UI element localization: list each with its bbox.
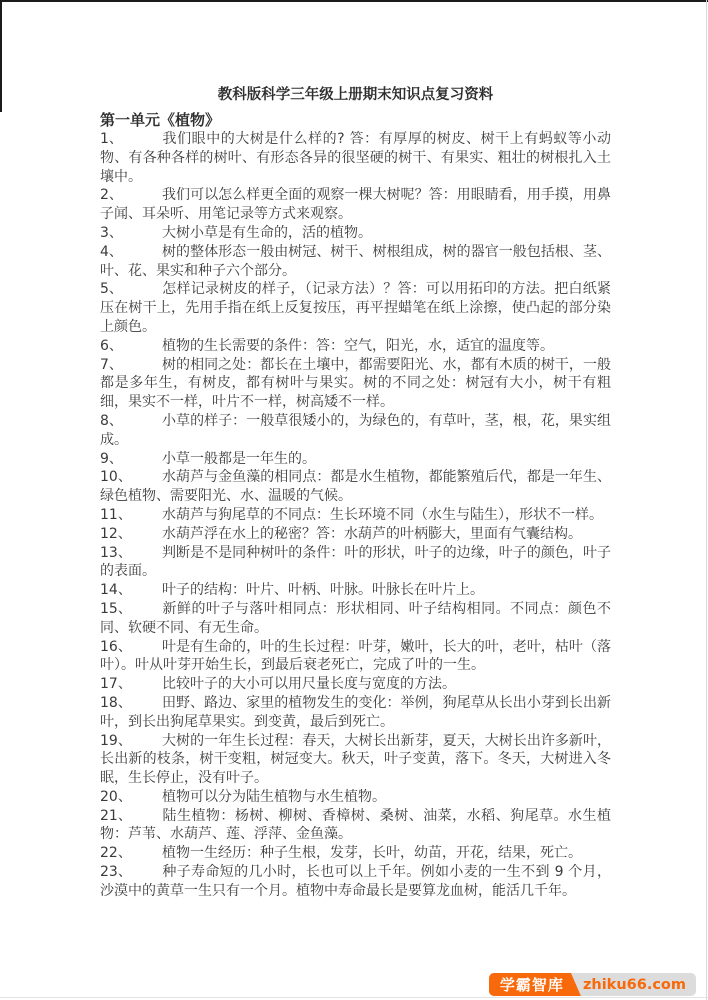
item-text: 小草的样子：一般草很矮小的，为绿色的，有草叶，茎，根，花，果实组成。 [100, 413, 611, 448]
item-number: 4、 [100, 243, 162, 262]
item-number: 7、 [100, 356, 162, 375]
item-number: 2、 [100, 186, 162, 205]
item-text: 田野、路边、家里的植物发生的变化：举例，狗尾草从长出小芽到长出新叶，到长出狗尾草… [100, 695, 611, 730]
list-item: 16、叶是有生命的，叶的生长过程：叶芽，嫩叶，长大的叶，老叶，枯叶（落叶）。叶从… [100, 638, 611, 676]
list-item: 11、水葫芦与狗尾草的不同点：生长环境不同（水生与陆生），形状不一样。 [100, 506, 611, 525]
page-title: 教科版科学三年级上册期末知识点复习资料 [100, 86, 611, 105]
item-text: 植物一生经历：种子生根，发芽，长叶，幼苗，开花，结果，死亡。 [162, 845, 582, 861]
page-left-edge [0, 0, 2, 112]
knowledge-point-list: 1、我们眼中的大树是什么样的? 答：有厚厚的树皮、树干上有蚂蚁等小动物、有各种各… [100, 130, 611, 901]
item-number: 17、 [100, 675, 162, 694]
list-item: 15、新鲜的叶子与落叶相同点：形状相同、叶子结构相同。不同点：颜色不同、软硬不同… [100, 600, 611, 638]
item-number: 3、 [100, 224, 162, 243]
page-right-edge [706, 0, 707, 1000]
list-item: 3、大树小草是有生命的，活的植物。 [100, 224, 611, 243]
list-item: 22、植物一生经历：种子生根，发芽，长叶，幼苗，开花，结果，死亡。 [100, 844, 611, 863]
item-number: 9、 [100, 450, 162, 469]
watermark-brand: 学霸智库 [489, 973, 581, 996]
item-number: 23、 [100, 863, 162, 882]
list-item: 10、水葫芦与金鱼藻的相同点：都是水生植物，都能繁殖后代，都是一年生、绿色植物、… [100, 468, 611, 506]
list-item: 6、植物的生长需要的条件：答：空气，阳光，水，适宜的温度等。 [100, 337, 611, 356]
item-number: 22、 [100, 844, 162, 863]
item-text: 种子寿命短的几小时，长也可以上千年。例如小麦的一生不到 9 个月，沙漠中的黄草一… [100, 864, 611, 899]
section-heading: 第一单元《植物》 [100, 111, 611, 130]
list-item: 1、我们眼中的大树是什么样的? 答：有厚厚的树皮、树干上有蚂蚁等小动物、有各种各… [100, 130, 611, 186]
item-number: 20、 [100, 788, 162, 807]
item-text: 植物的生长需要的条件：答：空气，阳光，水，适宜的温度等。 [162, 338, 554, 354]
list-item: 21、陆生植物：杨树、柳树、香樟树、桑树、油菜，水稻、狗尾草。水生植物：芦苇、水… [100, 807, 611, 845]
watermark-site: zhiku66.com [579, 973, 696, 996]
item-text: 大树小草是有生命的，活的植物。 [162, 225, 372, 241]
item-number: 12、 [100, 525, 162, 544]
document-content: 教科版科学三年级上册期末知识点复习资料 第一单元《植物》 1、我们眼中的大树是什… [100, 86, 611, 901]
list-item: 17、比较叶子的大小可以用尺量长度与宽度的方法。 [100, 675, 611, 694]
item-number: 15、 [100, 600, 162, 619]
item-text: 我们眼中的大树是什么样的? 答：有厚厚的树皮、树干上有蚂蚁等小动物、有各种各样的… [100, 131, 611, 185]
item-number: 16、 [100, 638, 162, 657]
list-item: 8、小草的样子：一般草很矮小的，为绿色的，有草叶，茎，根，花，果实组成。 [100, 412, 611, 450]
item-text: 我们可以怎么样更全面的观察一棵大树呢？答：用眼睛看，用手摸，用鼻子闻、耳朵听、用… [100, 187, 611, 222]
watermark-badge: 学霸智库 zhiku66.com [489, 973, 696, 996]
item-text: 水葫芦与金鱼藻的相同点：都是水生植物，都能繁殖后代，都是一年生、绿色植物、需要阳… [100, 469, 611, 504]
item-text: 新鲜的叶子与落叶相同点：形状相同、叶子结构相同。不同点：颜色不同、软硬不同、有无… [100, 601, 611, 636]
item-text: 比较叶子的大小可以用尺量长度与宽度的方法。 [162, 676, 456, 692]
item-text: 小草一般都是一年生的。 [162, 451, 316, 467]
item-number: 11、 [100, 506, 162, 525]
item-number: 1、 [100, 130, 162, 149]
list-item: 4、树的整体形态一般由树冠、树干、树根组成，树的器官一般包括根、茎、叶、花、果实… [100, 243, 611, 281]
item-text: 树的相同之处：都长在土壤中，都需要阳光、水，都有木质的树干，一般都是多年生，有树… [100, 357, 611, 411]
item-number: 21、 [100, 807, 162, 826]
list-item: 5、怎样记录树皮的样子，（记录方法）？答：可以用拓印的方法。把白纸紧压在树干上，… [100, 280, 611, 336]
list-item: 7、树的相同之处：都长在土壤中，都需要阳光、水，都有木质的树干，一般都是多年生，… [100, 356, 611, 412]
item-text: 植物可以分为陆生植物与水生植物。 [162, 789, 386, 805]
list-item: 23、种子寿命短的几小时，长也可以上千年。例如小麦的一生不到 9 个月，沙漠中的… [100, 863, 611, 901]
list-item: 18、田野、路边、家里的植物发生的变化：举例，狗尾草从长出小芽到长出新叶，到长出… [100, 694, 611, 732]
item-number: 18、 [100, 694, 162, 713]
item-text: 怎样记录树皮的样子，（记录方法）？答：可以用拓印的方法。把白纸紧压在树干上，先用… [100, 281, 611, 335]
item-number: 19、 [100, 732, 162, 751]
item-text: 叶子的结构：叶片、叶柄、叶脉。叶脉长在叶片上。 [162, 582, 484, 598]
item-number: 5、 [100, 280, 162, 299]
item-number: 8、 [100, 412, 162, 431]
item-text: 大树的一年生长过程：春天，大树长出新芽，夏天，大树长出许多新叶，长出新的枝条，树… [100, 733, 611, 787]
item-number: 10、 [100, 468, 162, 487]
item-text: 陆生植物：杨树、柳树、香樟树、桑树、油菜，水稻、狗尾草。水生植物：芦苇、水葫芦、… [100, 808, 611, 843]
page-top-edge [0, 0, 708, 2]
item-text: 叶是有生命的，叶的生长过程：叶芽，嫩叶，长大的叶，老叶，枯叶（落叶）。叶从叶芽开… [100, 639, 611, 674]
list-item: 14、叶子的结构：叶片、叶柄、叶脉。叶脉长在叶片上。 [100, 581, 611, 600]
list-item: 20、植物可以分为陆生植物与水生植物。 [100, 788, 611, 807]
page-bottom-edge [0, 997, 708, 998]
item-number: 14、 [100, 581, 162, 600]
list-item: 9、小草一般都是一年生的。 [100, 450, 611, 469]
list-item: 12、水葫芦浮在水上的秘密？答：水葫芦的叶柄膨大，里面有气囊结构。 [100, 525, 611, 544]
item-text: 水葫芦浮在水上的秘密？答：水葫芦的叶柄膨大，里面有气囊结构。 [162, 526, 582, 542]
item-text: 树的整体形态一般由树冠、树干、树根组成，树的器官一般包括根、茎、叶、花、果实和种… [100, 244, 611, 279]
item-number: 13、 [100, 544, 162, 563]
list-item: 19、大树的一年生长过程：春天，大树长出新芽，夏天，大树长出许多新叶，长出新的枝… [100, 732, 611, 788]
item-text: 水葫芦与狗尾草的不同点：生长环境不同（水生与陆生），形状不一样。 [162, 507, 603, 523]
item-number: 6、 [100, 337, 162, 356]
item-text: 判断是不是同种树叶的条件：叶的形状，叶子的边缘，叶子的颜色，叶子的表面。 [100, 545, 611, 580]
list-item: 2、我们可以怎么样更全面的观察一棵大树呢？答：用眼睛看，用手摸，用鼻子闻、耳朵听… [100, 186, 611, 224]
list-item: 13、判断是不是同种树叶的条件：叶的形状，叶子的边缘，叶子的颜色，叶子的表面。 [100, 544, 611, 582]
